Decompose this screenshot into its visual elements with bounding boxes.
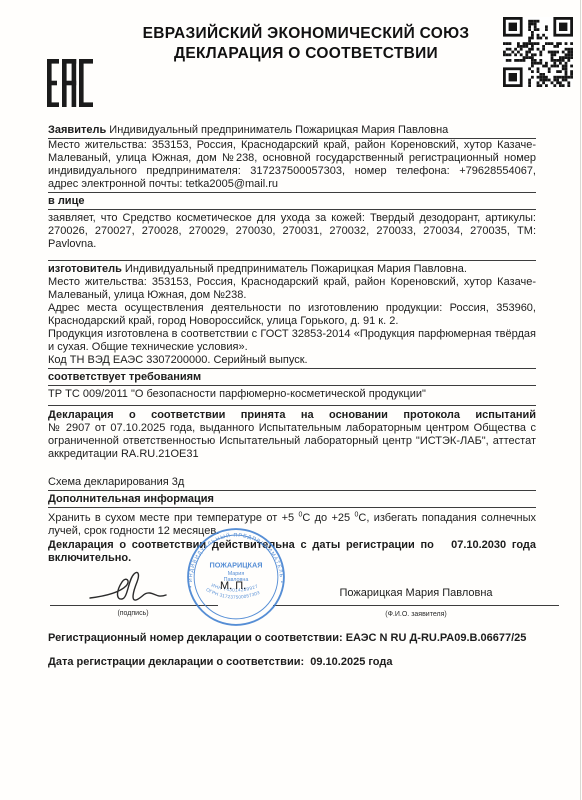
qr-code-icon <box>503 16 573 88</box>
technical-regulation: ТР ТС 009/2011 "О безопасности парфюмерн… <box>48 386 536 406</box>
basis-paragraph: Декларация о соответствии принята на осн… <box>48 406 536 461</box>
applicant-label: Заявитель <box>48 124 106 136</box>
registration-number-value: ЕАЭС N RU Д-RU.РА09.В.06677/25 <box>346 632 527 644</box>
basis-bold-line: Декларация о соответствии принята на осн… <box>48 409 536 422</box>
union-title: ЕВРАЗИЙСКИЙ ЭКОНОМИЧЕСКИЙ СОЮЗ <box>120 24 492 44</box>
registration-number-label: Регистрационный номер декларации о соотв… <box>48 632 343 644</box>
in-person-label: в лице <box>48 193 536 210</box>
storage-text-1: Хранить в сухом месте при температуре от… <box>48 512 298 524</box>
handwritten-signature <box>76 568 194 608</box>
tn-ved-code: Код ТН ВЭД ЕАЭС 3307200000. Серийный вып… <box>48 354 536 369</box>
applicant-line: Заявитель Индивидуальный предприниматель… <box>48 122 536 139</box>
document-header: ЕВРАЗИЙСКИЙ ЭКОНОМИЧЕСКИЙ СОЮЗ ДЕКЛАРАЦИ… <box>120 24 492 64</box>
registration-number-line: Регистрационный номер декларации о соотв… <box>48 631 536 645</box>
validity-statement: Декларация о соответствии действительна … <box>48 538 536 565</box>
manufacturer-line: изготовитель Индивидуальный предпринимат… <box>48 263 536 276</box>
fio-caption: (Ф.И.О. заявителя) <box>273 608 559 621</box>
eac-mark-icon <box>47 58 93 108</box>
declaration-statement: заявляет, что Средство косметическое для… <box>48 210 536 251</box>
declaration-scheme: Схема декларирования 3д <box>48 476 536 491</box>
scan-edge-artifact <box>580 0 581 800</box>
manufacturer-section: изготовитель Индивидуальный предпринимат… <box>48 260 536 369</box>
doc-type-title: ДЕКЛАРАЦИЯ О СООТВЕТСТВИИ <box>120 44 492 64</box>
signature-line <box>50 605 218 606</box>
stamp-place-label: М. П. <box>220 580 246 593</box>
manufacturer-address: Место жительства: 353153, Россия, Красно… <box>48 276 536 302</box>
manufacturer-gost: Продукция изготовлена в соответствии с Г… <box>48 328 536 354</box>
storage-text-2: С до +25 <box>302 512 354 524</box>
applicant-name: Индивидуальный предприниматель Пожарицка… <box>109 124 448 136</box>
declaration-document: ЕВРАЗИЙСКИЙ ЭКОНОМИЧЕСКИЙ СОЮЗ ДЕКЛАРАЦИ… <box>0 0 582 800</box>
manufacturer-name: Индивидуальный предприниматель Пожарицка… <box>125 263 467 275</box>
basis-details: № 2907 от 07.10.2025 года, выданного Исп… <box>48 422 536 460</box>
storage-conditions: Хранить в сухом месте при температуре от… <box>48 508 536 538</box>
applicant-address: Место жительства: 353153, Россия, Красно… <box>48 139 536 193</box>
manufacturer-label: изготовитель <box>48 263 122 275</box>
additional-info-label: Дополнительная информация <box>48 491 536 508</box>
compliance-label: соответствует требованиям <box>48 369 536 386</box>
registration-date-label: Дата регистрации декларации о соответств… <box>48 656 304 668</box>
registration-date-value: 09.10.2025 года <box>307 656 392 668</box>
document-body: Заявитель Индивидуальный предприниматель… <box>48 122 536 669</box>
registration-date-line: Дата регистрации декларации о соответств… <box>48 655 536 669</box>
manufacturer-activity-address: Адрес места осуществления деятельности п… <box>48 302 536 328</box>
signature-caption: (подпись) <box>78 607 188 620</box>
fio-line <box>273 605 559 606</box>
signature-block: (подпись) М. П. Пожарицкая Мария Павловн… <box>48 567 536 625</box>
applicant-fio: Пожарицкая Мария Павловна <box>273 587 559 600</box>
